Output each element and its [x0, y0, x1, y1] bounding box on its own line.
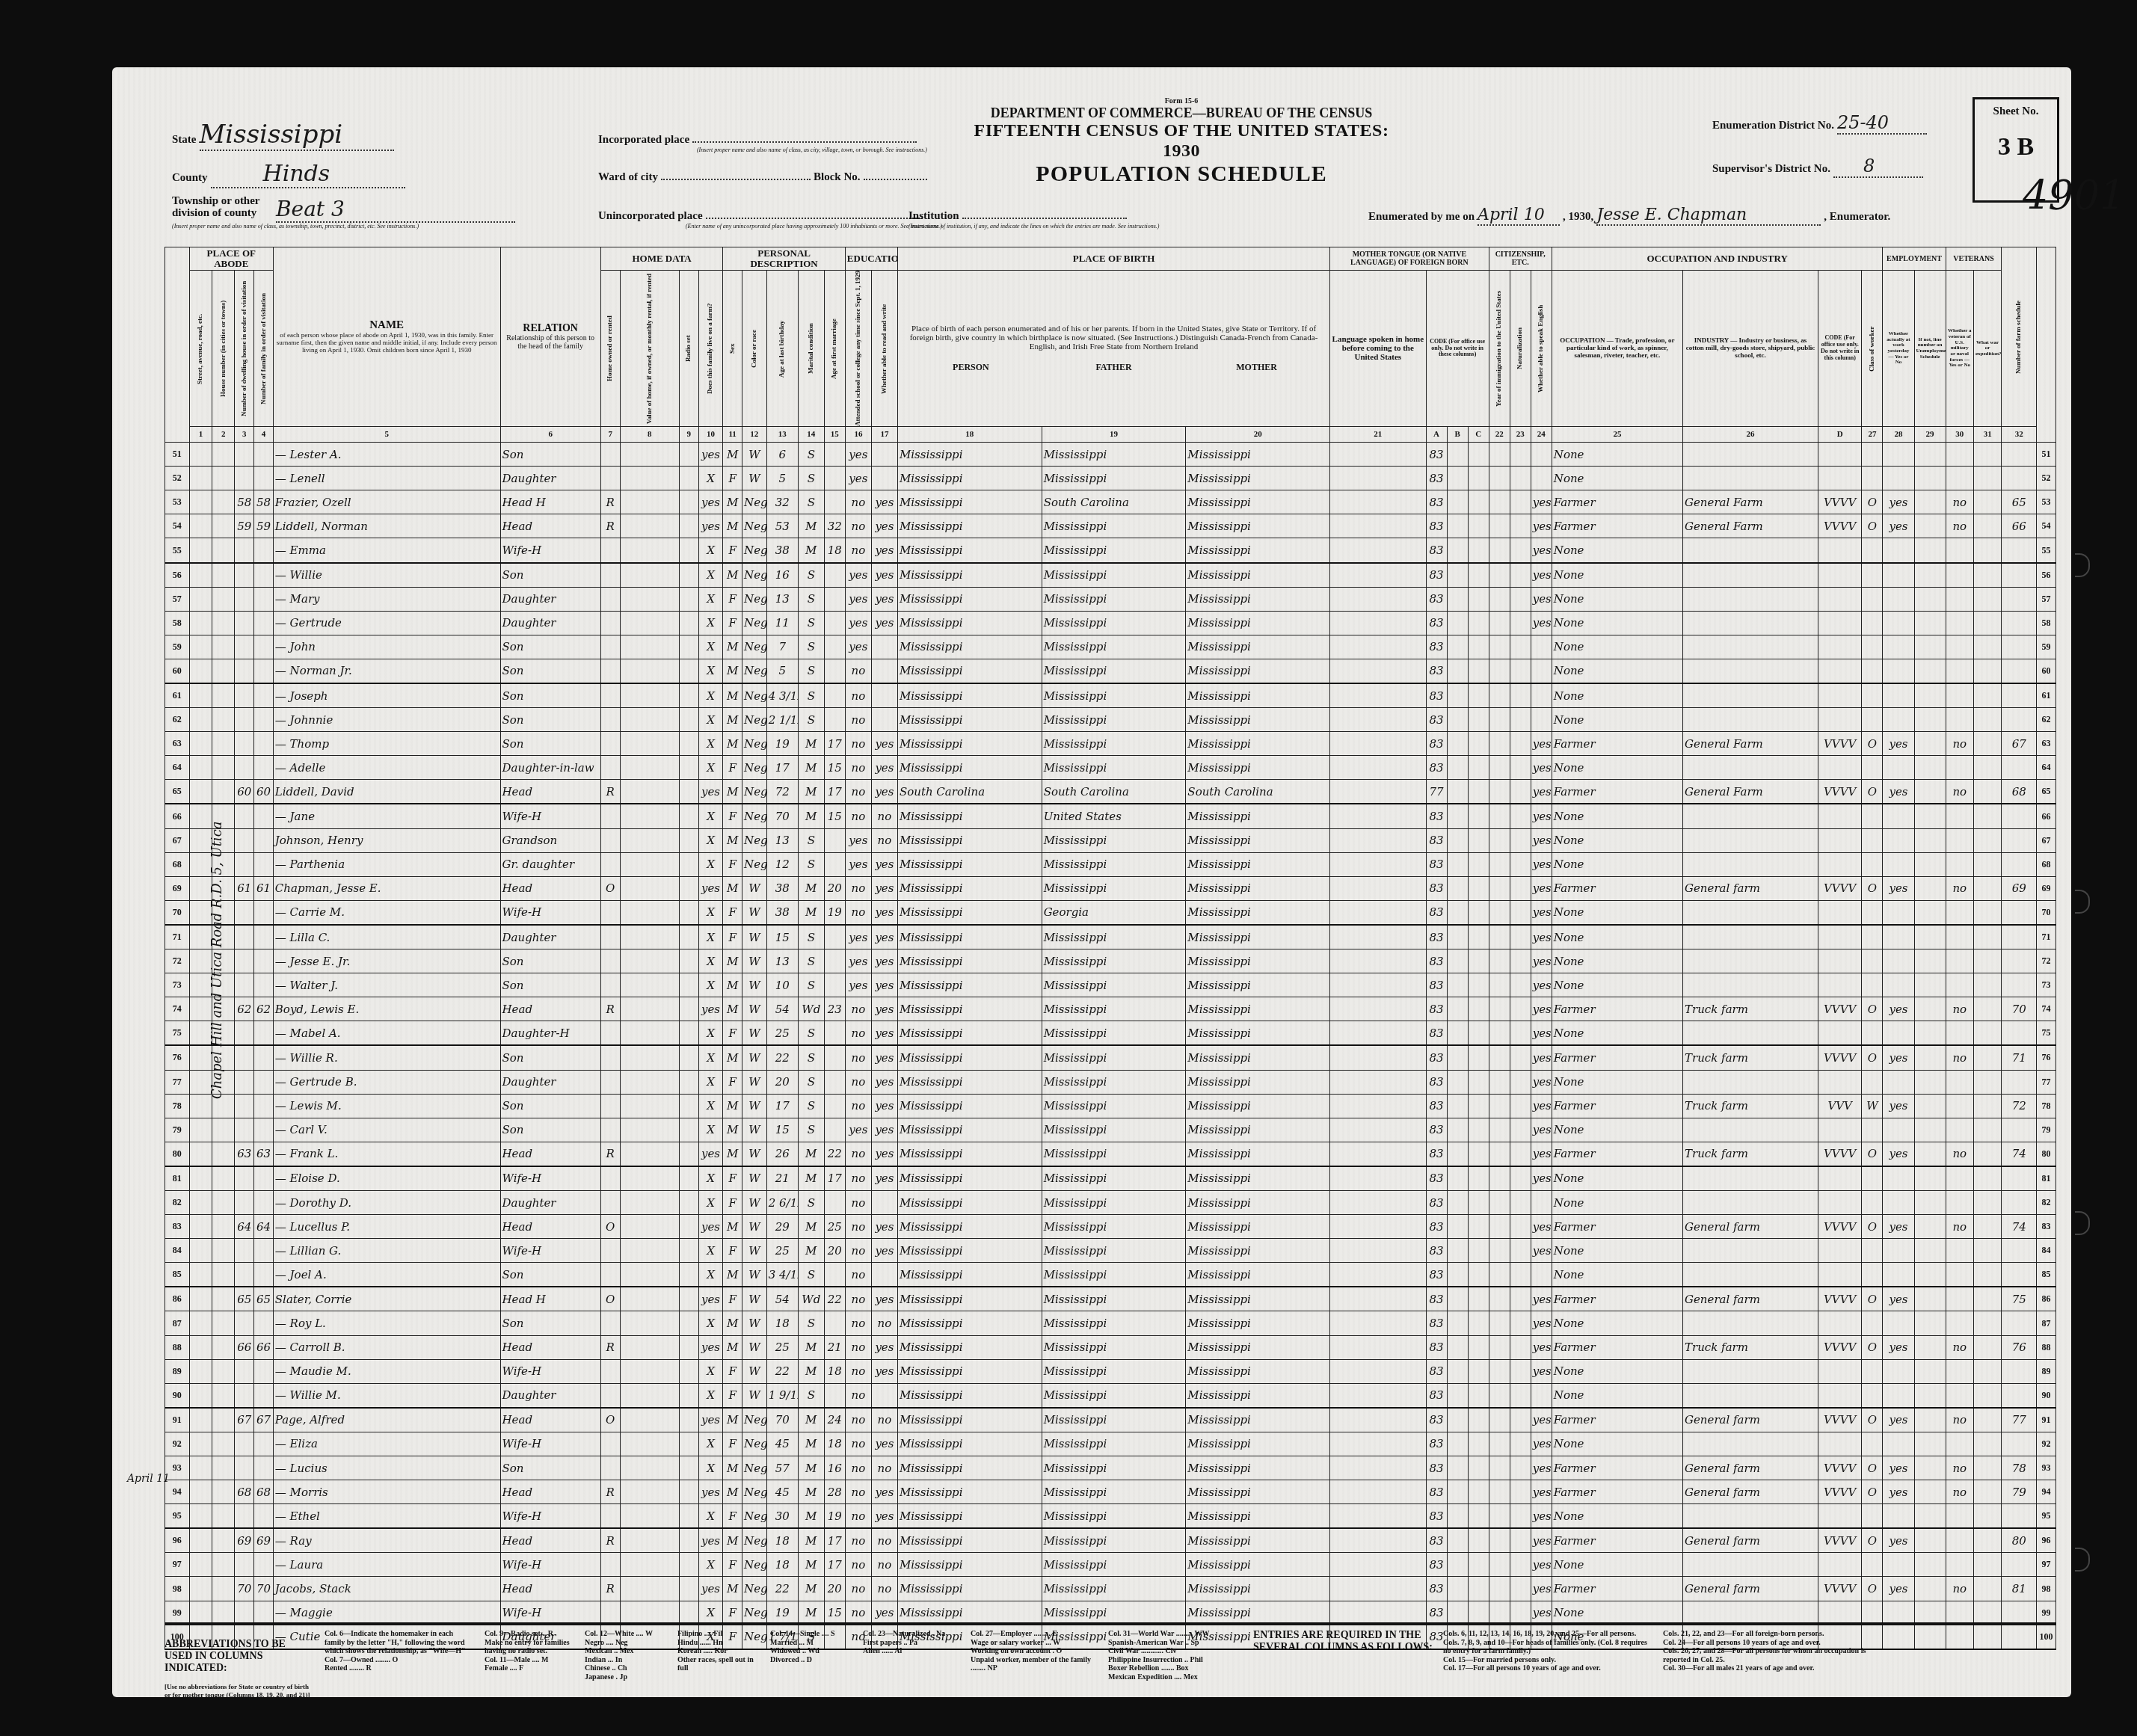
empty-cell [620, 1263, 679, 1287]
column-number: 24 [1531, 427, 1552, 443]
family-number [254, 1311, 274, 1335]
occupation-code [1818, 563, 1862, 588]
relationship: Head [500, 514, 600, 538]
veteran [1946, 1239, 1973, 1263]
code-state: 83 [1426, 587, 1447, 611]
at-work [1883, 683, 1914, 708]
home-owned-rented [600, 973, 620, 997]
speaks-english: yes [1531, 1601, 1552, 1625]
birthplace-mother: Mississippi [1186, 683, 1330, 708]
occupation-code [1818, 467, 1862, 490]
industry: Truck farm [1682, 1142, 1818, 1166]
col1-header: Street, avenue, road, etc. [189, 271, 212, 427]
class-of-worker [1862, 563, 1883, 588]
incorporated-note: (Insert proper name and also name of cla… [598, 147, 927, 153]
occupation: None [1552, 1504, 1682, 1529]
age-first-marriage: 28 [824, 1480, 845, 1504]
entries-title: ENTRIES ARE REQUIRED IN THE SEVERAL COLU… [1253, 1630, 1433, 1697]
farm-residence: X [698, 732, 723, 756]
empty-cell [1510, 1166, 1531, 1191]
at-work: yes [1883, 490, 1914, 514]
birthplace-father: South Carolina [1042, 780, 1186, 804]
empty-cell [1447, 563, 1468, 588]
empty-cell [1914, 876, 1946, 900]
birthplace-mother: Mississippi [1186, 876, 1330, 900]
color-race: W [742, 973, 767, 997]
attended-school: no [845, 1070, 871, 1094]
sex: M [723, 659, 742, 683]
column-number: C [1468, 427, 1489, 443]
age: 20 [766, 1070, 798, 1094]
occupation: None [1552, 852, 1682, 876]
empty-cell [1510, 708, 1531, 732]
read-write: no [871, 1408, 897, 1432]
empty-cell [1973, 659, 2001, 683]
sex: M [723, 1528, 742, 1553]
color-race: W [742, 1263, 767, 1287]
age: 13 [766, 828, 798, 852]
empty-cell [1914, 708, 1946, 732]
industry [1682, 1190, 1818, 1214]
empty-cell [1973, 973, 2001, 997]
empty-cell [620, 1094, 679, 1118]
at-work: yes [1883, 1335, 1914, 1359]
empty-cell [679, 1142, 698, 1166]
code-state: 83 [1426, 1239, 1447, 1263]
empty-cell [1489, 563, 1510, 588]
line-number: 78 [2037, 1094, 2056, 1118]
speaks-english [1531, 708, 1552, 732]
column-number: 6 [500, 427, 600, 443]
empty-cell [1914, 949, 1946, 973]
at-work: yes [1883, 1142, 1914, 1166]
enumerator-name: Jesse E. Chapman [1596, 206, 1821, 226]
empty-cell [1914, 538, 1946, 563]
column-number: 10 [698, 427, 723, 443]
color-race: Neg [742, 587, 767, 611]
table-row: 886666— Carroll B.HeadRyesMW25M21noyesMi… [165, 1335, 2056, 1359]
dwelling-number [235, 852, 254, 876]
veteran: no [1946, 1480, 1973, 1504]
attended-school: no [845, 1166, 871, 1191]
read-write: yes [871, 1142, 897, 1166]
code-state: 83 [1426, 1480, 1447, 1504]
color-race: Neg [742, 611, 767, 635]
birthplace-father: Mississippi [1042, 563, 1186, 588]
empty-cell [1447, 1432, 1468, 1456]
code-state: 83 [1426, 997, 1447, 1021]
empty-cell [620, 1601, 679, 1625]
farm-residence: X [698, 1118, 723, 1142]
col12-header: Color or race [742, 271, 767, 427]
empty-cell [1468, 708, 1489, 732]
class-of-worker: O [1862, 1215, 1883, 1239]
color-race: W [742, 1239, 767, 1263]
age: 21 [766, 1166, 798, 1191]
family-number [254, 1359, 274, 1383]
empty-cell [679, 949, 698, 973]
empty-cell [679, 490, 698, 514]
empty-cell [1510, 1239, 1531, 1263]
empty-cell [1447, 1528, 1468, 1553]
relationship: Wife-H [500, 804, 600, 828]
empty-cell [1468, 1215, 1489, 1239]
relationship: Daughter [500, 1383, 600, 1408]
person-name: — Carl V. [273, 1118, 500, 1142]
occupation-code [1818, 1359, 1862, 1383]
birthplace-father: Mississippi [1042, 635, 1186, 659]
empty-cell [1973, 1359, 2001, 1383]
marital-status: M [798, 1504, 824, 1529]
birthplace-person: Mississippi [897, 1577, 1042, 1601]
birthplace-father: Mississippi [1042, 1021, 1186, 1046]
column-number: 18 [897, 427, 1042, 443]
code-state: 83 [1426, 1070, 1447, 1094]
col32-header: Number of farm schedule [2002, 247, 2037, 427]
read-write: yes [871, 1239, 897, 1263]
speaks-english [1531, 1190, 1552, 1214]
marital-status: S [798, 611, 824, 635]
birthplace-father: Mississippi [1042, 1094, 1186, 1118]
home-owned-rented [600, 1070, 620, 1094]
color-race: Neg [742, 828, 767, 852]
line-number: 58 [2037, 611, 2056, 635]
birthplace-person: Mississippi [897, 587, 1042, 611]
sheet-value: 3 B [1975, 133, 2057, 161]
age: 19 [766, 1601, 798, 1625]
line-number: 51 [165, 443, 190, 467]
empty-cell [189, 973, 212, 997]
age-first-marriage [824, 587, 845, 611]
empty-cell [1447, 949, 1468, 973]
table-row: 545959Liddell, NormanHeadRyesMNeg53M32no… [165, 514, 2056, 538]
speaks-english: yes [1531, 1215, 1552, 1239]
family-number: 61 [254, 876, 274, 900]
entries-list-1: Cols. 6, 11, 12, 13, 14, 16, 18, 19, 20,… [1443, 1630, 1652, 1697]
empty-cell [1914, 1239, 1946, 1263]
institution-note: (Insert name of institution, if any, and… [908, 223, 1178, 230]
line-number: 52 [165, 467, 190, 490]
empty-cell [1973, 1142, 2001, 1166]
attended-school: no [845, 1142, 871, 1166]
sex: M [723, 443, 742, 467]
farm-schedule-number: 70 [2002, 997, 2037, 1021]
age: 53 [766, 514, 798, 538]
home-owned-rented [600, 611, 620, 635]
person-name: — Norman Jr. [273, 659, 500, 683]
relationship: Head H [500, 1287, 600, 1311]
relationship: Wife-H [500, 1504, 600, 1529]
line-number: 69 [2037, 876, 2056, 900]
veteran [1946, 973, 1973, 997]
empty-cell [1973, 732, 2001, 756]
empty-cell [1447, 683, 1468, 708]
attended-school: no [845, 732, 871, 756]
sex: M [723, 635, 742, 659]
empty-cell [679, 1456, 698, 1480]
empty-cell [189, 1021, 212, 1046]
empty-cell [1914, 443, 1946, 467]
relationship: Head H [500, 490, 600, 514]
industry [1682, 467, 1818, 490]
code-state: 83 [1426, 876, 1447, 900]
empty-cell [212, 852, 235, 876]
abbrev-col31: Col. 31—World War ......... WW Spanish-A… [1108, 1630, 1243, 1697]
relationship: Wife-H [500, 1359, 600, 1383]
table-row: 987070Jacobs, StackHeadRyesMNeg22M20nono… [165, 1577, 2056, 1601]
home-owned-rented: R [600, 1577, 620, 1601]
dwelling-number [235, 467, 254, 490]
farm-residence: yes [698, 1480, 723, 1504]
class-of-worker: W [1862, 1094, 1883, 1118]
table-row: 71— Lilla C.DaughterXFW15SyesyesMississi… [165, 925, 2056, 949]
empty-cell [1914, 1263, 1946, 1287]
line-number: 67 [165, 828, 190, 852]
at-work: yes [1883, 1577, 1914, 1601]
occupation: None [1552, 659, 1682, 683]
line-number: 82 [2037, 1190, 2056, 1214]
attended-school: no [845, 1311, 871, 1335]
veteran: no [1946, 514, 1973, 538]
age: 18 [766, 1553, 798, 1577]
birthplace-father: Mississippi [1042, 1142, 1186, 1166]
empty-cell [212, 587, 235, 611]
age-first-marriage: 22 [824, 1142, 845, 1166]
sex: M [723, 514, 742, 538]
home-owned-rented [600, 1190, 620, 1214]
age-first-marriage: 19 [824, 900, 845, 925]
relationship: Head [500, 1577, 600, 1601]
code-state: 83 [1426, 1263, 1447, 1287]
line-number: 91 [2037, 1408, 2056, 1432]
at-work [1883, 852, 1914, 876]
empty-cell [1914, 1601, 1946, 1625]
at-work [1883, 1239, 1914, 1263]
age-first-marriage: 23 [824, 997, 845, 1021]
speaks-english: yes [1531, 1070, 1552, 1094]
birthplace-person: Mississippi [897, 973, 1042, 997]
empty-cell [1447, 1118, 1468, 1142]
farm-residence: X [698, 1601, 723, 1625]
line-number: 61 [2037, 683, 2056, 708]
empty-cell [1489, 804, 1510, 828]
sd-label: Supervisor's District No. [1712, 163, 1830, 175]
home-owned-rented [600, 900, 620, 925]
line-number: 88 [2037, 1335, 2056, 1359]
veteran [1946, 949, 1973, 973]
col4-header: Number of family in order of visitation [254, 271, 274, 427]
industry [1682, 443, 1818, 467]
sex: M [723, 1094, 742, 1118]
occupation: None [1552, 1311, 1682, 1335]
empty-cell [620, 1287, 679, 1311]
birthplace-father: Mississippi [1042, 1239, 1186, 1263]
speaks-english [1531, 467, 1552, 490]
home-owned-rented [600, 587, 620, 611]
color-race: Neg [742, 732, 767, 756]
speaks-english: yes [1531, 1432, 1552, 1456]
sex: M [723, 1335, 742, 1359]
empty-cell [679, 997, 698, 1021]
color-race: W [742, 876, 767, 900]
col28-header: Whether actually at work yesterday — Yes… [1883, 271, 1914, 427]
birthplace-person: Mississippi [897, 1311, 1042, 1335]
empty-cell [679, 538, 698, 563]
age: 25 [766, 1239, 798, 1263]
dwelling-number: 58 [235, 490, 254, 514]
home-owned-rented [600, 1239, 620, 1263]
person-name: Frazier, Ozell [273, 490, 500, 514]
empty-cell [1330, 635, 1426, 659]
veteran [1946, 756, 1973, 780]
empty-cell [212, 659, 235, 683]
farm-schedule-number [2002, 1601, 2037, 1625]
table-row: 57— MaryDaughterXFNeg13SyesyesMississipp… [165, 587, 2056, 611]
farm-schedule-number [2002, 828, 2037, 852]
age: 16 [766, 563, 798, 588]
code-state: 83 [1426, 949, 1447, 973]
family-number [254, 443, 274, 467]
empty-cell [1330, 1528, 1426, 1553]
empty-cell [1914, 1215, 1946, 1239]
empty-cell [1489, 1118, 1510, 1142]
read-write: yes [871, 1021, 897, 1046]
person-name: — Johnnie [273, 708, 500, 732]
read-write: yes [871, 1118, 897, 1142]
sd-field: Supervisor's District No. 8 [1712, 156, 1923, 178]
state-field: State Mississippi [172, 120, 394, 151]
col3-header: Number of dwelling house in order of vis… [235, 271, 254, 427]
speaks-english: yes [1531, 514, 1552, 538]
family-number: 70 [254, 1577, 274, 1601]
empty-cell [1468, 538, 1489, 563]
empty-cell [189, 997, 212, 1021]
ed-value: 25-40 [1837, 112, 1927, 135]
person-name: Johnson, Henry [273, 828, 500, 852]
col5-desc: of each person whose place of abode on A… [275, 332, 499, 354]
family-number [254, 925, 274, 949]
read-write: yes [871, 852, 897, 876]
family-number: 60 [254, 780, 274, 804]
occupation-code [1818, 1504, 1862, 1529]
empty-cell [1973, 611, 2001, 635]
column-number: 26 [1682, 427, 1818, 443]
sex: F [723, 1601, 742, 1625]
group-home-data: HOME DATA [600, 247, 723, 271]
incorporated-field: Incorporated place (Insert proper name a… [598, 133, 927, 153]
empty-cell [189, 490, 212, 514]
dwelling-number [235, 1383, 254, 1408]
speaks-english [1531, 1263, 1552, 1287]
empty-cell [1489, 467, 1510, 490]
color-race: Neg [742, 514, 767, 538]
empty-cell [212, 1432, 235, 1456]
at-work: yes [1883, 1045, 1914, 1070]
empty-cell [1914, 900, 1946, 925]
industry [1682, 828, 1818, 852]
empty-cell [212, 1118, 235, 1142]
empty-cell [620, 1166, 679, 1191]
empty-cell [1330, 1480, 1426, 1504]
farm-schedule-number [2002, 538, 2037, 563]
class-of-worker [1862, 1553, 1883, 1577]
empty-cell [1468, 1263, 1489, 1287]
veteran: no [1946, 1408, 1973, 1432]
person-name: — Willie R. [273, 1045, 500, 1070]
marital-status: S [798, 708, 824, 732]
empty-cell [679, 1190, 698, 1214]
birthplace-mother: Mississippi [1186, 1311, 1330, 1335]
farm-residence: X [698, 756, 723, 780]
marital-status: S [798, 1094, 824, 1118]
person-name: — Eloise D. [273, 1166, 500, 1191]
code-state: 83 [1426, 1383, 1447, 1408]
color-race: W [742, 1311, 767, 1335]
empty-cell [620, 1408, 679, 1432]
age: 17 [766, 756, 798, 780]
line-number: 54 [165, 514, 190, 538]
table-row: 696161Chapman, Jesse E.HeadOyesMW38M20no… [165, 876, 2056, 900]
birthplace-person: Mississippi [897, 443, 1042, 467]
home-owned-rented [600, 443, 620, 467]
census-rows: 51— Lester A.SonyesMW6SyesMississippiMis… [165, 443, 2056, 1649]
attended-school: no [845, 1263, 871, 1287]
person-name: — John [273, 635, 500, 659]
empty-cell [1914, 1553, 1946, 1577]
sex: M [723, 708, 742, 732]
occupation-code [1818, 1432, 1862, 1456]
veteran [1946, 563, 1973, 588]
relationship: Daughter-in-law [500, 756, 600, 780]
empty-cell [1510, 1383, 1531, 1408]
empty-cell [1447, 1408, 1468, 1432]
empty-cell [212, 1166, 235, 1191]
empty-cell [1914, 1456, 1946, 1480]
birthplace-mother: Mississippi [1186, 1359, 1330, 1383]
dwelling-number: 60 [235, 780, 254, 804]
class-of-worker [1862, 828, 1883, 852]
birthplace-mother: Mississippi [1186, 949, 1330, 973]
birthplace-father: Mississippi [1042, 1190, 1186, 1214]
birthplace-mother: Mississippi [1186, 1070, 1330, 1094]
birthplace-mother: Mississippi [1186, 804, 1330, 828]
birthplace-father: Mississippi [1042, 467, 1186, 490]
empty-cell [1489, 1142, 1510, 1166]
age: 70 [766, 1408, 798, 1432]
empty-cell [189, 1408, 212, 1432]
family-number [254, 1045, 274, 1070]
empty-cell [1468, 1021, 1489, 1046]
at-work [1883, 949, 1914, 973]
empty-cell [1914, 587, 1946, 611]
empty-cell [1447, 1287, 1468, 1311]
dwelling-number: 65 [235, 1287, 254, 1311]
line-number: 54 [2037, 514, 2056, 538]
empty-cell [1447, 490, 1468, 514]
dwelling-number [235, 1432, 254, 1456]
class-of-worker: O [1862, 1287, 1883, 1311]
empty-cell [620, 804, 679, 828]
birthplace-person: Mississippi [897, 1504, 1042, 1529]
family-number [254, 1190, 274, 1214]
line-number: 53 [2037, 490, 2056, 514]
empty-cell [1330, 1408, 1426, 1432]
column-number: 12 [742, 427, 767, 443]
occupation-code [1818, 949, 1862, 973]
at-work: yes [1883, 997, 1914, 1021]
line-number: 75 [2037, 1021, 2056, 1046]
empty-cell [1489, 1432, 1510, 1456]
